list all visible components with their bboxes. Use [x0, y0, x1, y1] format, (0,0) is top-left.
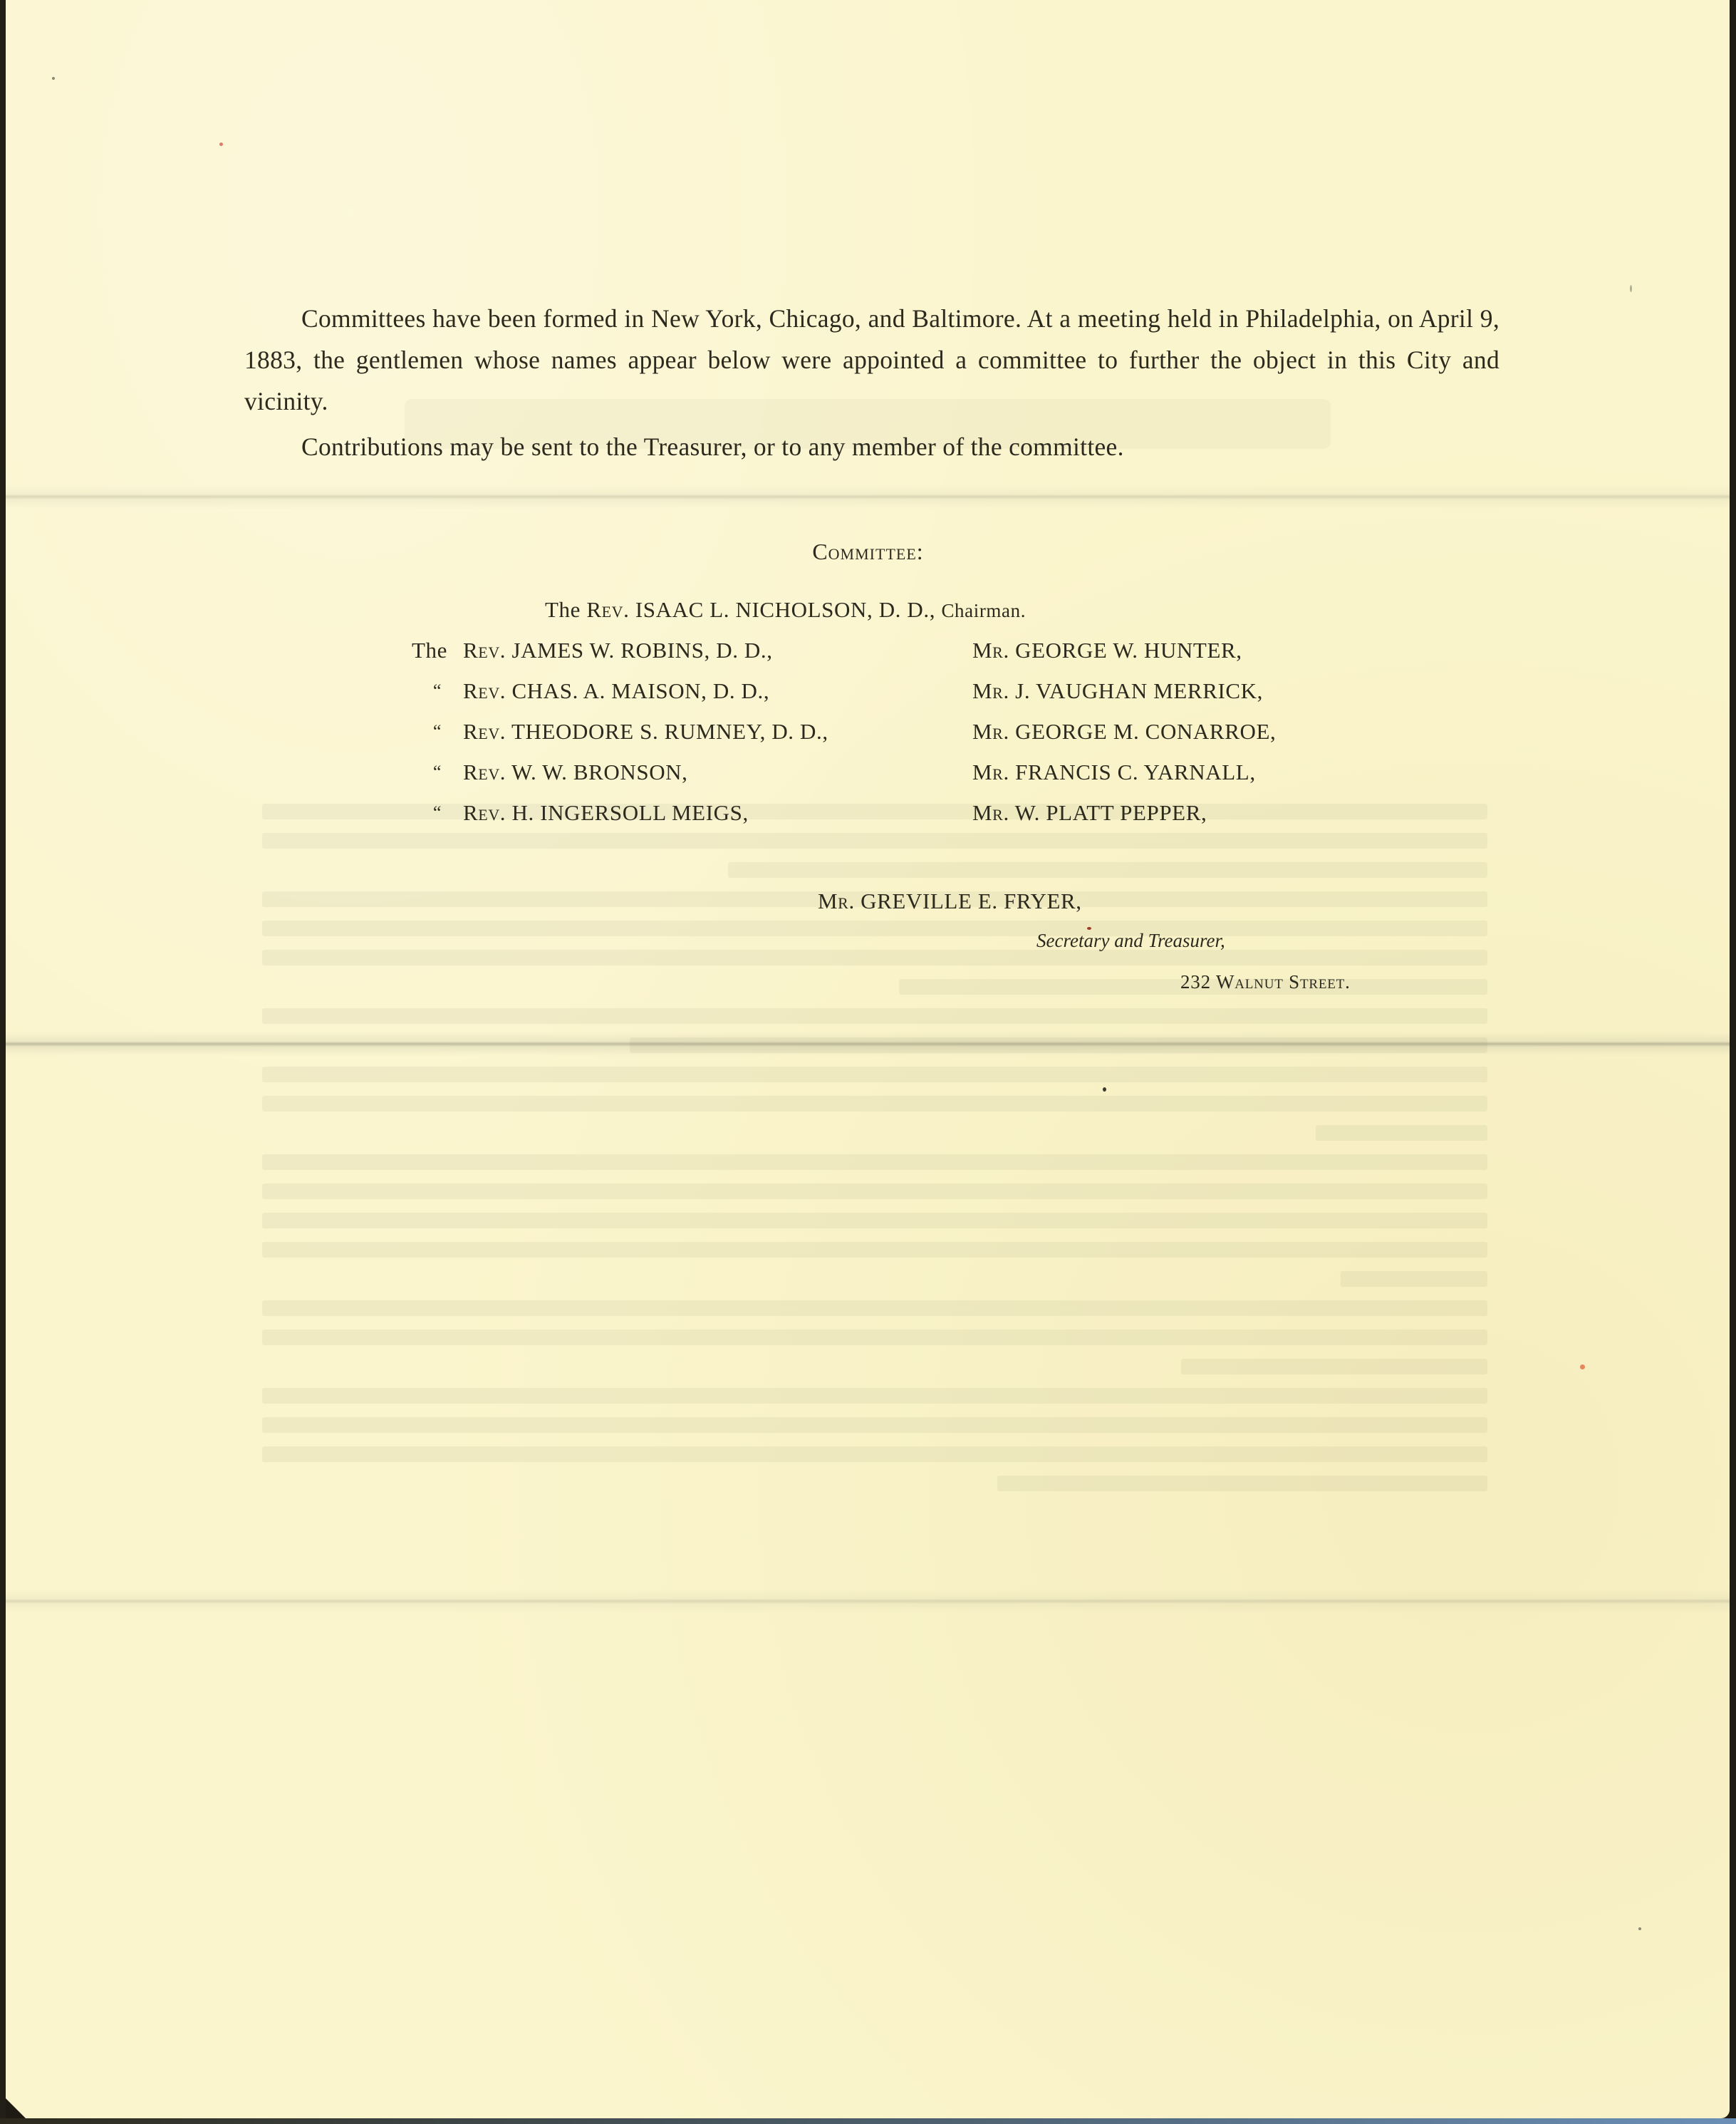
- intro-text: Committees have been formed in New York,…: [244, 298, 1499, 467]
- chairman-title: Rev.: [586, 597, 629, 622]
- chairman-prefix: The: [545, 597, 581, 622]
- committee-clergy-list: TheRev. JAMES W. ROBINS, D. D., “Rev. CH…: [412, 636, 828, 839]
- fold-crease-upper: [6, 485, 1730, 509]
- secretary-role: Secretary and Treasurer,: [1036, 930, 1225, 952]
- member-title: Mr.: [972, 800, 1009, 825]
- ditto-mark: “: [412, 758, 463, 787]
- member-title: Mr.: [972, 678, 1009, 703]
- member-name: JAMES W. ROBINS, D. D.,: [512, 638, 773, 663]
- paper-speck: [1638, 1927, 1641, 1930]
- ditto-mark: “: [412, 799, 463, 827]
- member-name: FRANCIS C. YARNALL,: [1015, 760, 1256, 784]
- member-name: CHAS. A. MAISON, D. D.,: [512, 678, 770, 703]
- member-prefix: The: [412, 636, 463, 665]
- chairman-role: Chairman.: [941, 600, 1026, 621]
- ditto-mark: “: [412, 677, 463, 705]
- scan-border-left: [0, 0, 6, 2124]
- scan-border-bottom: [0, 2118, 1736, 2124]
- member-title: Mr.: [972, 638, 1009, 663]
- committee-member: Mr. FRANCIS C. YARNALL,: [972, 758, 1276, 799]
- member-name: H. INGERSOLL MEIGS,: [512, 800, 749, 825]
- secretary-name: GREVILLE E. FRYER,: [861, 889, 1081, 913]
- intro-paragraph-committees-formed: Committees have been formed in New York,…: [244, 298, 1499, 422]
- committee-laymen-list: Mr. GEORGE W. HUNTER, Mr. J. VAUGHAN MER…: [972, 636, 1276, 839]
- committee-chairman: The Rev. ISAAC L. NICHOLSON, D. D., Chai…: [545, 597, 1026, 623]
- committee-member: “Rev. THEODORE S. RUMNEY, D. D.,: [412, 718, 828, 758]
- committee-member: “Rev. H. INGERSOLL MEIGS,: [412, 799, 828, 839]
- paper-speck: [1580, 1364, 1585, 1369]
- member-title: Rev.: [463, 638, 506, 663]
- chairman-name: ISAAC L. NICHOLSON, D. D.,: [635, 597, 935, 622]
- member-title: Rev.: [463, 719, 506, 744]
- intro-paragraph-contributions: Contributions may be sent to the Treasur…: [244, 426, 1499, 467]
- paper-speck: [219, 143, 223, 146]
- paper-speck: [1630, 285, 1632, 292]
- paper-speck: [1103, 1087, 1106, 1092]
- committee-member: Mr. J. VAUGHAN MERRICK,: [972, 677, 1276, 718]
- member-name: GEORGE M. CONARROE,: [1015, 719, 1276, 744]
- member-title: Rev.: [463, 678, 506, 703]
- member-name: W. W. BRONSON,: [511, 760, 688, 784]
- committee-member: Mr. GEORGE M. CONARROE,: [972, 718, 1276, 758]
- committee-member: “Rev. W. W. BRONSON,: [412, 758, 828, 799]
- committee-heading: Committee:: [0, 539, 1736, 565]
- member-title: Rev.: [463, 800, 506, 825]
- member-title: Mr.: [972, 760, 1009, 784]
- member-title: Mr.: [972, 719, 1009, 744]
- member-name: J. VAUGHAN MERRICK,: [1015, 678, 1263, 703]
- member-name: THEODORE S. RUMNEY, D. D.,: [511, 719, 828, 744]
- committee-member: Mr. GEORGE W. HUNTER,: [972, 636, 1276, 677]
- committee-member: TheRev. JAMES W. ROBINS, D. D.,: [412, 636, 828, 677]
- paper-speck: [52, 77, 55, 80]
- fold-crease-lower: [6, 1589, 1730, 1613]
- member-name: GEORGE W. HUNTER,: [1015, 638, 1242, 663]
- dog-eared-corner: [6, 2098, 26, 2118]
- committee-member: Mr. W. PLATT PEPPER,: [972, 799, 1276, 839]
- secretary-title: Mr.: [818, 889, 855, 913]
- ditto-mark: “: [412, 718, 463, 746]
- secretary-name-line: Mr. GREVILLE E. FRYER,: [818, 889, 1082, 914]
- member-title: Rev.: [463, 760, 506, 784]
- committee-member: “Rev. CHAS. A. MAISON, D. D.,: [412, 677, 828, 718]
- member-name: W. PLATT PEPPER,: [1015, 800, 1207, 825]
- secretary-address: 232 Walnut Street.: [1180, 971, 1351, 993]
